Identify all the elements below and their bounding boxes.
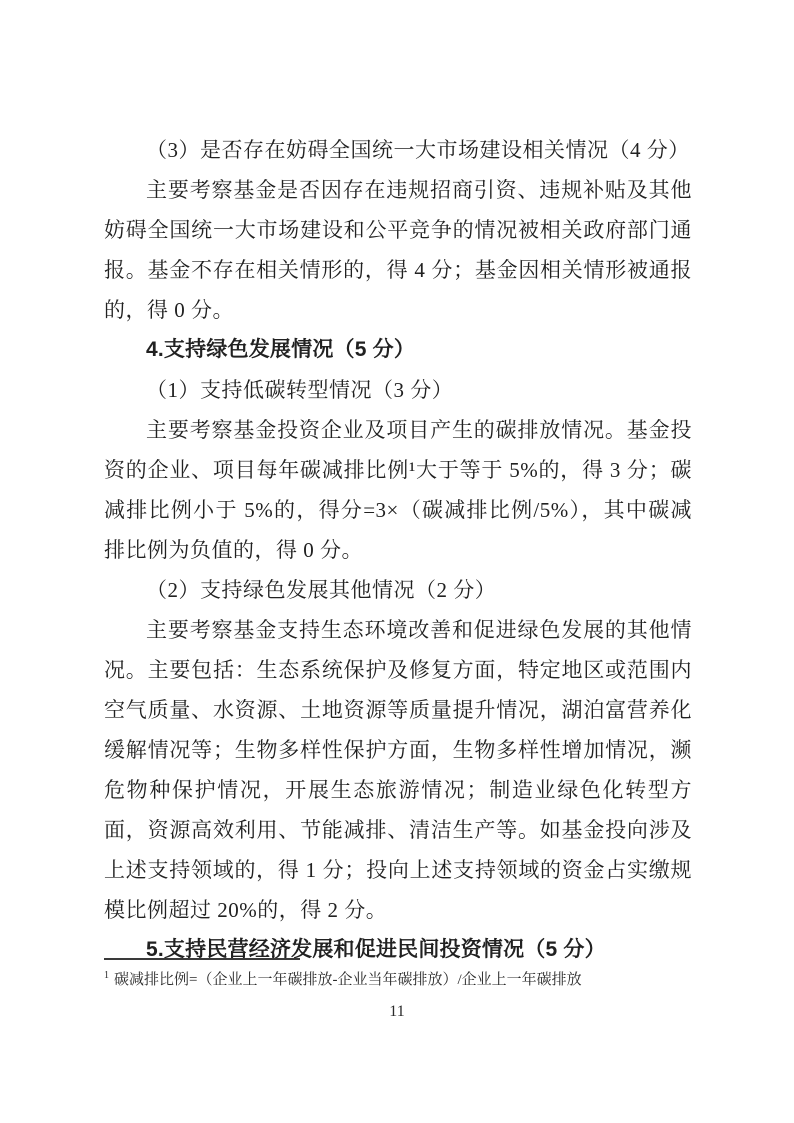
footnote: 1碳减排比例=（企业上一年碳排放-企业当年碳排放）/企业上一年碳排放 xyxy=(104,969,692,991)
document-page: （3）是否存在妨碍全国统一大市场建设相关情况（4 分） 主要考察基金是否因存在违… xyxy=(0,0,794,1123)
footnote-text: 碳减排比例=（企业上一年碳排放-企业当年碳排放）/企业上一年碳排放 xyxy=(114,972,582,988)
page-number: 11 xyxy=(0,1003,794,1021)
paragraph-green-development-other: 主要考察基金支持生态环境改善和促进绿色发展的其他情况。主要包括：生态系统保护及修… xyxy=(104,610,692,930)
paragraph-market-notification: 主要考察基金是否因存在违规招商引资、违规补贴及其他妨碍全国统一大市场建设和公平竞… xyxy=(104,170,692,330)
document-content: （3）是否存在妨碍全国统一大市场建设相关情况（4 分） 主要考察基金是否因存在违… xyxy=(104,130,692,970)
subitem-1-heading: （1）支持低碳转型情况（3 分） xyxy=(104,370,692,410)
paragraph-carbon-emission: 主要考察基金投资企业及项目产生的碳排放情况。基金投资的企业、项目每年碳减排比例¹… xyxy=(104,410,692,570)
section-4-heading: 4.支持绿色发展情况（5 分） xyxy=(104,330,692,370)
footnote-area: 1碳减排比例=（企业上一年碳排放-企业当年碳排放）/企业上一年碳排放 xyxy=(104,958,692,991)
footnote-divider xyxy=(104,958,300,960)
footnote-marker: 1 xyxy=(104,970,109,981)
subitem-2-heading: （2）支持绿色发展其他情况（2 分） xyxy=(104,570,692,610)
subitem-3-heading: （3）是否存在妨碍全国统一大市场建设相关情况（4 分） xyxy=(104,130,692,170)
